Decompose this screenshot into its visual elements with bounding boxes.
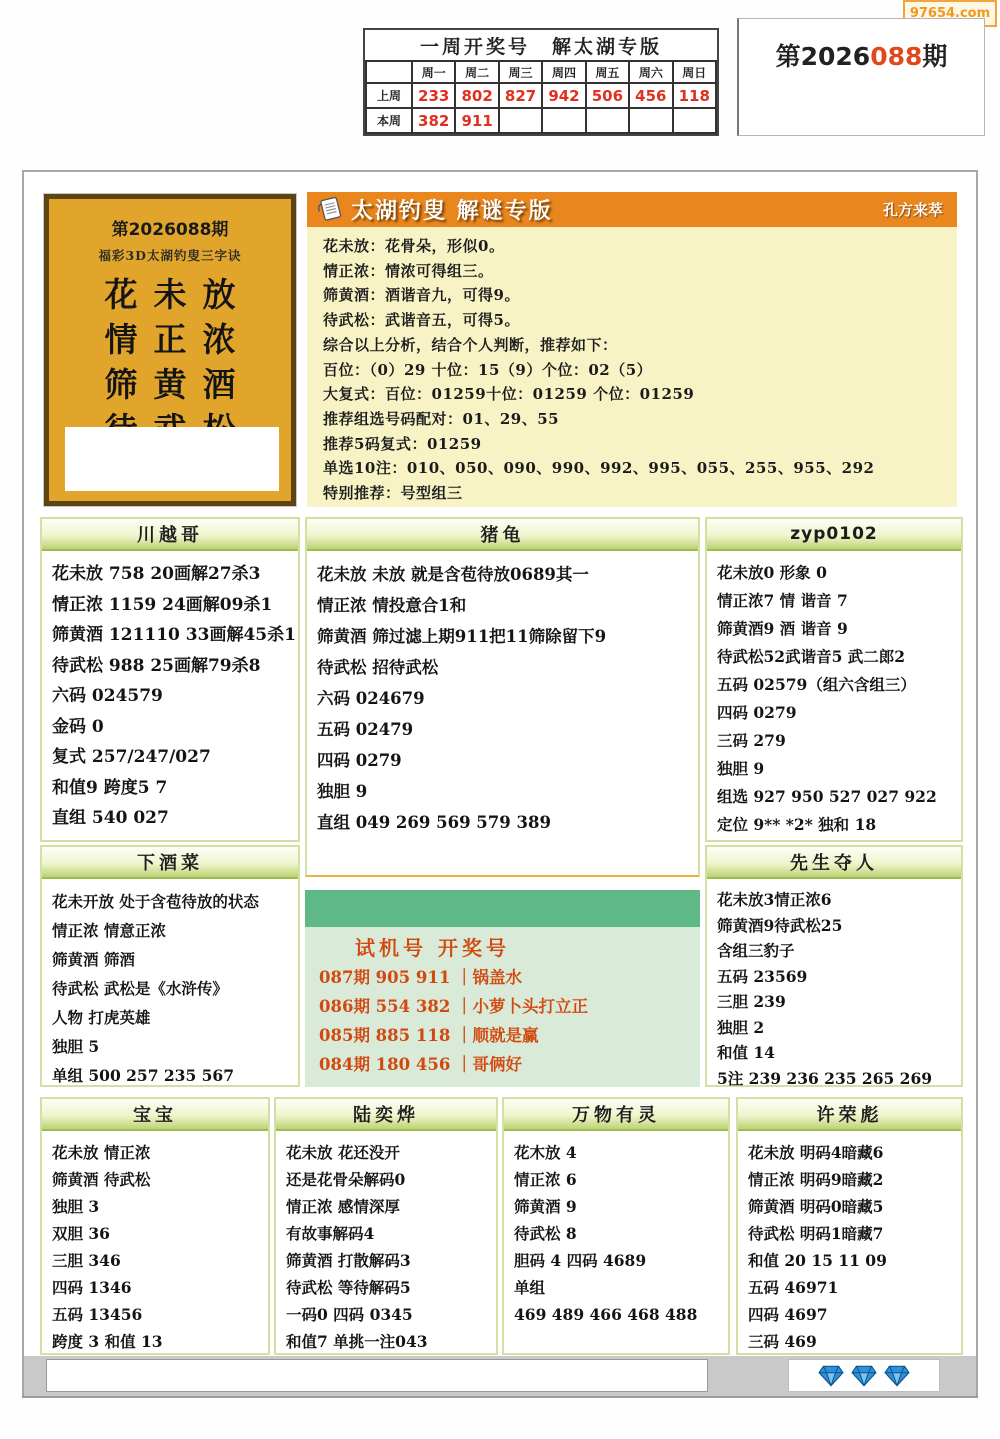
- issue-number-box: 第2026088期: [737, 18, 985, 136]
- text-line: 独胆 9: [317, 776, 692, 807]
- text-line: 三码 279: [717, 727, 955, 755]
- panel-body: 花未放3情正浓6筛黄酒9待武松25含组三豹子五码 23569三胆 239独胆 2…: [707, 879, 961, 1091]
- text-line: 四码 0279: [717, 699, 955, 727]
- riddle-panel-header: 太湖钓叟 解谜专版 孔方来萃: [307, 192, 957, 227]
- text-line: 筛黄酒 待武松: [52, 1166, 262, 1193]
- text-line: 六码 024579: [52, 681, 292, 712]
- text-line: 大复式：百位：01259十位：01259 个位：01259: [323, 382, 947, 407]
- row-label: 上周: [366, 83, 412, 108]
- text-line: 469 489 466 468 488: [514, 1301, 722, 1328]
- text-line: 含组三豹子: [717, 938, 955, 964]
- text-line: 待武松 招待武松: [317, 652, 692, 683]
- verse-lines: 花未放情正浓筛黄酒待武松: [49, 272, 291, 452]
- bottom-input[interactable]: [46, 1359, 708, 1392]
- text-line: 独胆 9: [717, 755, 955, 783]
- issue-number: 第2026088期: [739, 37, 984, 73]
- text-line: 独胆 3: [52, 1193, 262, 1220]
- text-line: 情正浓: [49, 317, 291, 362]
- text-line: 情正浓 情意正浓: [52, 916, 292, 945]
- gold-blank-area: [65, 427, 279, 491]
- draw-number: [542, 108, 585, 133]
- text-line: 花未放3情正浓6: [717, 887, 955, 913]
- text-line: 五码 46971: [748, 1274, 955, 1301]
- draw-number: 506: [586, 83, 629, 108]
- text-line: 待武松 武松是《水浒传》: [52, 974, 292, 1003]
- text-line: 一码0 四码 0345: [286, 1301, 490, 1328]
- riddle-panel-title: 太湖钓叟 解谜专版: [351, 194, 553, 225]
- text-line: 花木放 4: [514, 1139, 722, 1166]
- text-line: 跨度 3 和值 13: [52, 1328, 262, 1355]
- draw-number: 233: [412, 83, 455, 108]
- weekly-table-title: 一周开奖号 解太湖专版: [365, 30, 717, 60]
- text-line: 084期 180 456 ｜哥俩好: [319, 1050, 700, 1079]
- text-line: 情正浓 情投意合1和: [317, 590, 692, 621]
- panel-zyp0102: zyp0102 花未放0 形象 0情正浓7 情 谐音 7筛黄酒9 酒 谐音 9待…: [705, 517, 963, 842]
- text-line: 筛黄酒9待武松25: [717, 913, 955, 939]
- panel-title: 万物有灵: [504, 1099, 728, 1131]
- text-line: 筛黄酒 明码0暗藏5: [748, 1193, 955, 1220]
- text-line: 待武松：武谐音五，可得5。: [323, 308, 947, 333]
- text-line: 待武松 明码1暗藏7: [748, 1220, 955, 1247]
- panel-title: 宝宝: [42, 1099, 268, 1131]
- text-line: 和值 20 15 11 09: [748, 1247, 955, 1274]
- text-line: 5注 239 236 235 265 269: [717, 1066, 955, 1092]
- text-line: 三胆 239: [717, 989, 955, 1015]
- page: 97654.com 一周开奖号 解太湖专版 周一 周二 周三 周四 周五 周六 …: [0, 0, 1000, 1439]
- draw-number: 382: [412, 108, 455, 133]
- text-line: 待武松 8: [514, 1220, 722, 1247]
- text-line: 双胆 36: [52, 1220, 262, 1247]
- text-line: 花未放 758 20画解27杀3: [52, 559, 292, 590]
- text-line: 金码 0: [52, 712, 292, 743]
- results-lines: 087期 905 911 ｜锅盖水086期 554 382 ｜小萝卜头打立正08…: [319, 963, 700, 1079]
- text-line: 情正浓 1159 24画解09杀1: [52, 590, 292, 621]
- weekly-row-thisweek: 本周 382 911: [366, 108, 716, 133]
- panel-title: 川越哥: [42, 519, 298, 551]
- text-line: 还是花骨朵解码0: [286, 1166, 490, 1193]
- results-heading: 试机号 开奖号: [319, 933, 700, 963]
- text-line: 有故事解码4: [286, 1220, 490, 1247]
- panel-wanwuyouling: 万物有灵 花木放 4情正浓 6筛黄酒 9待武松 8胆码 4 四码 4689单组4…: [502, 1097, 730, 1355]
- weekly-corner-cell: [366, 61, 412, 83]
- text-line: 三胆 346: [52, 1247, 262, 1274]
- text-line: 情正浓 6: [514, 1166, 722, 1193]
- text-line: 筛黄酒: [49, 362, 291, 407]
- draw-number: 942: [542, 83, 585, 108]
- text-line: 组选 927 950 527 027 922: [717, 783, 955, 811]
- text-line: 六码 024679: [317, 683, 692, 714]
- draw-number: 802: [455, 83, 498, 108]
- weekly-day: 周五: [586, 61, 629, 83]
- draw-number: [629, 108, 672, 133]
- draw-number: 118: [673, 83, 716, 108]
- issue-suffix: 期: [922, 42, 947, 71]
- results-body: 试机号 开奖号 087期 905 911 ｜锅盖水086期 554 382 ｜小…: [305, 927, 700, 1079]
- text-line: 和值7 单挑一注043: [286, 1328, 490, 1355]
- draw-number: 827: [499, 83, 542, 108]
- bottom-bar: [24, 1356, 976, 1396]
- panel-body: 花未放0 形象 0情正浓7 情 谐音 7筛黄酒9 酒 谐音 9待武松52武谐音5…: [707, 551, 961, 839]
- diamond-rating-box: [788, 1359, 940, 1392]
- panel-xianshengduoren: 先生夺人 花未放3情正浓6筛黄酒9待武松25含组三豹子五码 23569三胆 23…: [705, 845, 963, 1087]
- text-line: 五码 02479: [317, 714, 692, 745]
- draw-number: 456: [629, 83, 672, 108]
- panel-body: 花未放 未放 就是含苞待放0689其一情正浓 情投意合1和筛黄酒 筛过滤上期91…: [307, 551, 698, 838]
- draw-number: [586, 108, 629, 133]
- text-line: 筛黄酒 打散解码3: [286, 1247, 490, 1274]
- panel-results: 试机号 开奖号 087期 905 911 ｜锅盖水086期 554 382 ｜小…: [305, 890, 700, 1087]
- panel-chuanyuege: 川越哥 花未放 758 20画解27杀3情正浓 1159 24画解09杀1筛黄酒…: [40, 517, 300, 842]
- text-line: 筛黄酒 筛过滤上期911把11筛除留下9: [317, 621, 692, 652]
- text-line: 花未放 明码4暗藏6: [748, 1139, 955, 1166]
- results-green-band: [305, 890, 700, 927]
- content-frame: 第2026088期 福彩3D太湖钓叟三字诀 花未放情正浓筛黄酒待武松: [22, 170, 978, 1398]
- text-line: 筛黄酒：酒谐音九，可得9。: [323, 283, 947, 308]
- text-line: 五码 23569: [717, 964, 955, 990]
- draw-number: [673, 108, 716, 133]
- issue-prefix: 第2026: [776, 42, 871, 71]
- text-line: 定位 9** *2* 独和 18: [717, 811, 955, 839]
- panel-body: 花未放 758 20画解27杀3情正浓 1159 24画解09杀1筛黄酒 121…: [42, 551, 298, 834]
- panel-luyiye: 陆奕烨 花未放 花还没开还是花骨朵解码0情正浓 感情深厚有故事解码4筛黄酒 打散…: [274, 1097, 498, 1355]
- weekly-day: 周日: [673, 61, 716, 83]
- scroll-icon: [315, 196, 345, 224]
- text-line: 花未放0 形象 0: [717, 559, 955, 587]
- riddle-panel-author: 孔方来萃: [883, 199, 943, 220]
- panel-title: zyp0102: [707, 519, 961, 551]
- text-line: 待武松 988 25画解79杀8: [52, 651, 292, 682]
- text-line: 五码 13456: [52, 1301, 262, 1328]
- draw-number: [499, 108, 542, 133]
- weekly-header-row: 周一 周二 周三 周四 周五 周六 周日: [366, 61, 716, 83]
- text-line: 花未放 花还没开: [286, 1139, 490, 1166]
- text-line: 筛黄酒 筛酒: [52, 945, 292, 974]
- text-line: 直组 540 027: [52, 803, 292, 834]
- text-line: 086期 554 382 ｜小萝卜头打立正: [319, 992, 700, 1021]
- panel-title: 先生夺人: [707, 847, 961, 879]
- text-line: 综合以上分析，结合个人判断，推荐如下：: [323, 333, 947, 358]
- gold-subtitle: 福彩3D太湖钓叟三字诀: [49, 246, 291, 264]
- text-line: 花未放: [49, 272, 291, 317]
- text-line: 情正浓 感情深厚: [286, 1193, 490, 1220]
- gold-issue-label: 第2026088期: [49, 215, 291, 240]
- issue-highlight: 088: [870, 42, 922, 71]
- text-line: 情正浓：情浓可得组三。: [323, 259, 947, 284]
- weekly-draw-table: 一周开奖号 解太湖专版 周一 周二 周三 周四 周五 周六 周日 上周 233 …: [363, 28, 719, 136]
- gold-verse-box: 第2026088期 福彩3D太湖钓叟三字诀 花未放情正浓筛黄酒待武松: [44, 194, 296, 506]
- panel-body: 花未放 花还没开还是花骨朵解码0情正浓 感情深厚有故事解码4筛黄酒 打散解码3待…: [276, 1131, 496, 1355]
- diamond-icon[interactable]: [884, 1365, 910, 1387]
- text-line: 和值 14: [717, 1040, 955, 1066]
- panel-zhugui: 猪龟 花未放 未放 就是含苞待放0689其一情正浓 情投意合1和筛黄酒 筛过滤上…: [305, 517, 700, 877]
- row-label: 本周: [366, 108, 412, 133]
- text-line: 花未开放 处于含苞待放的状态: [52, 887, 292, 916]
- panel-xurongbiao: 许荣彪 花未放 明码4暗藏6情正浓 明码9暗藏2筛黄酒 明码0暗藏5待武松 明码…: [736, 1097, 963, 1355]
- panel-body: 花未放 情正浓筛黄酒 待武松独胆 3双胆 36三胆 346四码 1346五码 1…: [42, 1131, 268, 1355]
- weekly-day: 周三: [499, 61, 542, 83]
- text-line: 三码 469: [748, 1328, 955, 1355]
- text-line: 四码 0279: [317, 745, 692, 776]
- text-line: 情正浓 明码9暗藏2: [748, 1166, 955, 1193]
- weekly-day: 周四: [542, 61, 585, 83]
- text-line: 直组 049 269 569 579 389: [317, 807, 692, 838]
- weekly-day: 周六: [629, 61, 672, 83]
- text-line: 四码 1346: [52, 1274, 262, 1301]
- text-line: 四码 4697: [748, 1301, 955, 1328]
- diamond-icon[interactable]: [818, 1365, 844, 1387]
- text-line: 人物 打虎英雄: [52, 1003, 292, 1032]
- panel-title: 下酒菜: [42, 847, 298, 879]
- text-line: 特别推荐：号型组三: [323, 481, 947, 506]
- panel-xiajiucai: 下酒菜 花未开放 处于含苞待放的状态情正浓 情意正浓筛黄酒 筛酒待武松 武松是《…: [40, 845, 300, 1087]
- text-line: 情正浓7 情 谐音 7: [717, 587, 955, 615]
- text-line: 独胆 5: [52, 1032, 292, 1061]
- text-line: 筛黄酒9 酒 谐音 9: [717, 615, 955, 643]
- text-line: 待武松 等待解码5: [286, 1274, 490, 1301]
- text-line: 五码 02579（组六含组三）: [717, 671, 955, 699]
- panel-baobao: 宝宝 花未放 情正浓筛黄酒 待武松独胆 3双胆 36三胆 346四码 1346五…: [40, 1097, 270, 1355]
- text-line: 花未放：花骨朵，形似0。: [323, 234, 947, 259]
- riddle-panel-body: 花未放：花骨朵，形似0。情正浓：情浓可得组三。筛黄酒：酒谐音九，可得9。待武松：…: [307, 227, 957, 507]
- text-line: 花未放 情正浓: [52, 1139, 262, 1166]
- panel-body: 花木放 4情正浓 6筛黄酒 9待武松 8胆码 4 四码 4689单组469 48…: [504, 1131, 728, 1328]
- text-line: 筛黄酒 121110 33画解45杀1: [52, 620, 292, 651]
- panel-body: 花未开放 处于含苞待放的状态情正浓 情意正浓筛黄酒 筛酒待武松 武松是《水浒传》…: [42, 879, 298, 1090]
- weekly-day: 周一: [412, 61, 455, 83]
- weekly-day: 周二: [455, 61, 498, 83]
- text-line: 单组: [514, 1274, 722, 1301]
- text-line: 百位：（0）29 十位：15（9）个位：02（5）: [323, 358, 947, 383]
- text-line: 筛黄酒 9: [514, 1193, 722, 1220]
- panel-body: 花未放 明码4暗藏6情正浓 明码9暗藏2筛黄酒 明码0暗藏5待武松 明码1暗藏7…: [738, 1131, 961, 1355]
- text-line: 单组 500 257 235 567: [52, 1061, 292, 1090]
- weekly-row-lastweek: 上周 233 802 827 942 506 456 118: [366, 83, 716, 108]
- panel-title: 陆奕烨: [276, 1099, 496, 1131]
- text-line: 复式 257/247/027: [52, 742, 292, 773]
- text-line: 花未放 未放 就是含苞待放0689其一: [317, 559, 692, 590]
- draw-number: 911: [455, 108, 498, 133]
- text-line: 085期 885 118 ｜顺就是赢: [319, 1021, 700, 1050]
- riddle-panel: 太湖钓叟 解谜专版 孔方来萃 花未放：花骨朵，形似0。情正浓：情浓可得组三。筛黄…: [307, 192, 957, 507]
- text-line: 推荐5码复式：01259: [323, 432, 947, 457]
- text-line: 独胆 2: [717, 1015, 955, 1041]
- text-line: 单选10注：010、050、090、990、992、995、055、255、95…: [323, 456, 947, 481]
- text-line: 待武松52武谐音5 武二郎2: [717, 643, 955, 671]
- diamond-icon[interactable]: [851, 1365, 877, 1387]
- panel-title: 许荣彪: [738, 1099, 961, 1131]
- text-line: 087期 905 911 ｜锅盖水: [319, 963, 700, 992]
- text-line: 和值9 跨度5 7: [52, 773, 292, 804]
- panel-title: 猪龟: [307, 519, 698, 551]
- text-line: 胆码 4 四码 4689: [514, 1247, 722, 1274]
- text-line: 推荐组选号码配对：01、29、55: [323, 407, 947, 432]
